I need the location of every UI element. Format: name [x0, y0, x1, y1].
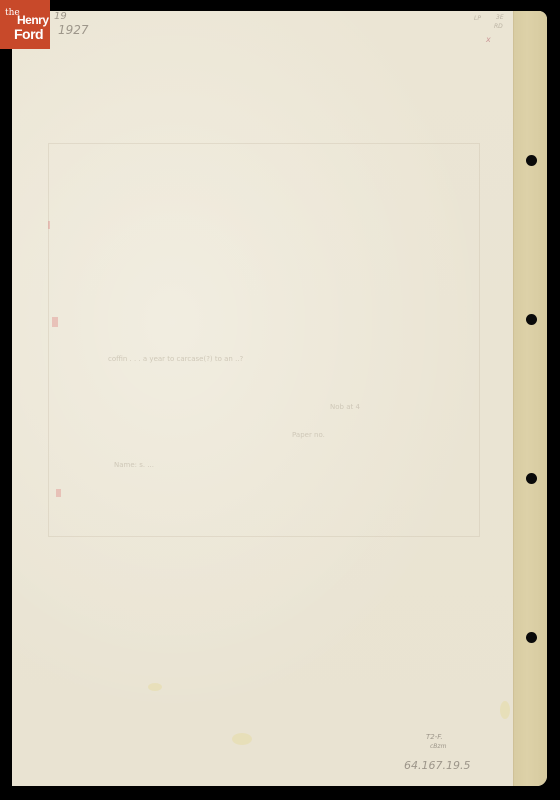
pencil-note-top-left-1: 19: [54, 11, 67, 22]
show-through-line-c: Paper no.: [292, 431, 325, 439]
pencil-note-bottom-2: cBzm: [430, 743, 446, 750]
pencil-note-year: 1927: [58, 23, 89, 37]
punch-hole: [526, 632, 537, 643]
show-through-line-d: Name: s. ...: [114, 461, 154, 469]
pencil-note-top-right-3: RD: [494, 23, 503, 30]
punch-hole: [526, 314, 537, 325]
paper-stain: [500, 701, 510, 719]
show-through-border: [48, 143, 480, 537]
logo-ford: Ford: [14, 26, 43, 42]
binding-strip: [513, 11, 547, 786]
punch-hole: [526, 155, 537, 166]
document-sheet: 19 1927 LP 3E RD x coffin . . . a year t…: [12, 11, 547, 786]
punch-hole: [526, 473, 537, 484]
henry-ford-logo[interactable]: the Henry Ford: [0, 0, 50, 49]
accession-number: 64.167.19.5: [404, 759, 470, 772]
paper-stain: [232, 733, 252, 745]
pink-mark: [48, 221, 50, 229]
show-through-line-b: Nob at 4: [330, 403, 360, 411]
pencil-note-top-right-2: 3E: [496, 14, 504, 21]
pencil-note-top-right-1: LP: [474, 15, 481, 22]
pencil-mark-x: x: [486, 35, 491, 44]
paper-stain: [148, 683, 162, 691]
pink-mark: [52, 317, 58, 327]
pink-mark: [56, 489, 61, 497]
show-through-line-a: coffin . . . a year to carcase(?) to an …: [108, 355, 243, 363]
logo-henry: Henry: [17, 13, 49, 27]
pencil-note-bottom-1: T2-F.: [426, 733, 443, 741]
